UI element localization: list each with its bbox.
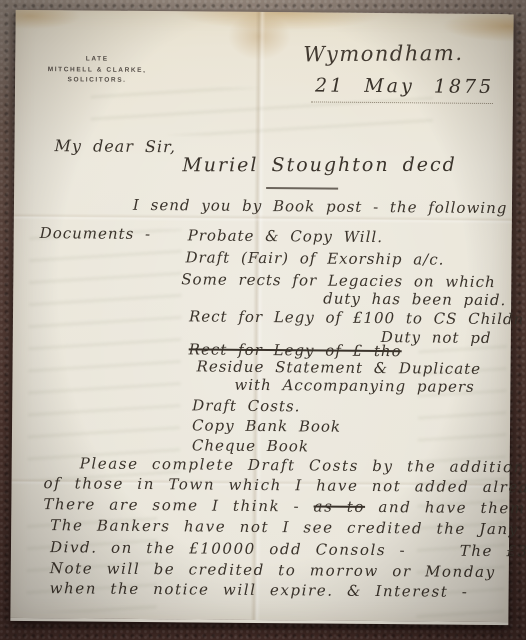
documents-label: Documents - xyxy=(40,224,152,243)
leather-background: LATE MITCHELL & CLARKE, SOLICITORS. Wymo… xyxy=(0,0,526,640)
closing-line: Divd. on the £10000 odd Consols - The £3… xyxy=(50,538,526,561)
doc-list-line: Probate & Copy Will. xyxy=(188,226,383,246)
letter-paper: LATE MITCHELL & CLARKE, SOLICITORS. Wymo… xyxy=(10,10,513,625)
doc-list-line: Copy Bank Book xyxy=(192,416,341,435)
place-name: Wymondham. xyxy=(303,41,463,66)
doc-list-line: Rect for Legy of £100 to CS Childn xyxy=(189,307,524,328)
subject-underline xyxy=(266,187,338,190)
salutation: My dear Sir, xyxy=(54,136,176,156)
closing-line: when the notice will expire. & Interest … xyxy=(50,579,469,601)
doc-list-line: Cheque Book xyxy=(192,436,309,455)
closing-line-pre: There are some I think - xyxy=(43,495,313,515)
closing-line: Please complete Draft Costs by the addit… xyxy=(80,454,525,476)
closing-line: The Bankers have not I see credited the … xyxy=(50,516,519,538)
doc-list-line: duty has been paid. xyxy=(323,290,506,310)
closing-line: of those in Town which I have not added … xyxy=(43,474,526,496)
closing-line-struck: as to xyxy=(314,497,366,515)
doc-list-line: Draft (Fair) of Exorship a/c. xyxy=(185,248,444,268)
date-line: 21 May 1875 xyxy=(315,74,494,98)
closing-line-post: and have them recast. xyxy=(365,498,526,518)
letterhead-stamp: LATE MITCHELL & CLARKE, SOLICITORS. xyxy=(41,54,153,86)
letterhead-line: SOLICITORS. xyxy=(41,75,153,86)
closing-line-with-strike: There are some I think - as to and have … xyxy=(43,495,526,518)
doc-list-line: Draft Costs. xyxy=(192,396,300,415)
doc-list-line: with Accompanying papers xyxy=(234,376,475,396)
closing-line: Note will be credited to morrow or Monda… xyxy=(50,559,496,581)
ink-showthrough xyxy=(28,228,182,481)
date-rule xyxy=(311,100,493,104)
doc-list-line: Some rects for Legacies on which xyxy=(181,270,496,291)
letterhead-line: MITCHELL & CLARKE, xyxy=(41,65,153,76)
subject-line: Muriel Stoughton decd xyxy=(182,154,457,176)
intro-line: I send you by Book post - the following xyxy=(133,196,508,217)
